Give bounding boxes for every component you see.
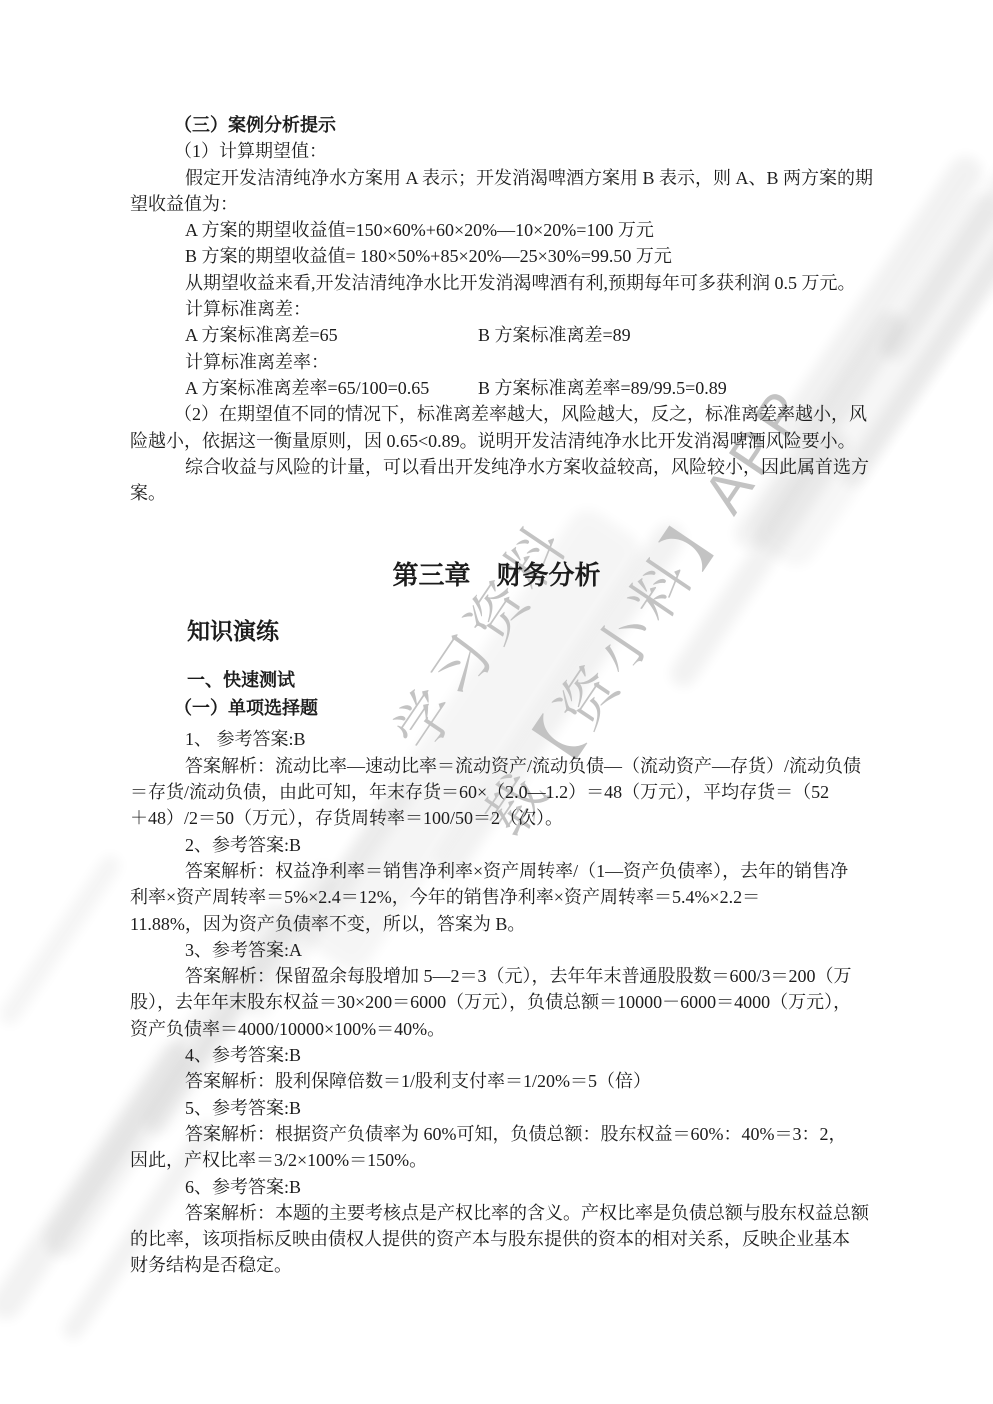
- text-line: 11.88%，因为资产负债率不变，所以，答案为 B。: [130, 911, 863, 937]
- text-line: 的比率，该项指标反映由债权人提供的资产本与股东提供的资本的相对关系，反映企业基本: [130, 1226, 863, 1252]
- text-line: 答案解析：股利保障倍数＝1/股利支付率＝1/20%＝5（倍）: [130, 1068, 863, 1094]
- text-line: ＝存货/流动负债，由此可知，年末存货＝60×（2.0—1.2）＝48（万元），平…: [130, 779, 863, 805]
- text-line: 答案解析：权益净利率＝销售净利率×资产周转率/（1—资产负债率），去年的销售净: [130, 858, 863, 884]
- text-line: （2）在期望值不同的情况下，标准离差率越大，风险越大，反之，标准离差率越小，风: [130, 401, 863, 427]
- text-line: 从期望收益来看,开发洁清纯净水比开发消渴啤酒有利,预期每年可多获利润 0.5 万…: [130, 270, 863, 296]
- watermark-streak: [0, 852, 124, 1029]
- text-line: 案。: [130, 480, 863, 506]
- knowledge-practice-heading: 知识演练: [130, 616, 863, 646]
- text-line: B 方案的期望收益值= 180×50%+85×20%—25×30%=99.50 …: [130, 243, 863, 269]
- text-line: 计算标准离差：: [130, 296, 863, 322]
- text-line: A 方案标准离差=65B 方案标准离差=89: [130, 322, 863, 348]
- text-line: 2、参考答案:B: [130, 832, 863, 858]
- text-line: 答案解析：根据资产负债率为 60%可知，负债总额：股东权益＝60%：40%＝3：…: [130, 1121, 863, 1147]
- text-line: 答案解析：本题的主要考核点是产权比率的含义。产权比率是负债总额与股东权益总额: [130, 1200, 863, 1226]
- text-line: 股），去年年末股东权益＝30×200＝6000（万元），负债总额＝10000－6…: [130, 989, 863, 1015]
- text-line: 财务结构是否稳定。: [130, 1252, 863, 1278]
- column-b-text: B 方案标准离差率=89/99.5=0.89: [478, 378, 727, 398]
- watermark-streak: [877, 135, 993, 365]
- document-content: （三）案例分析提示 （1）计算期望值：假定开发洁清纯净水方案用 A 表示；开发消…: [130, 112, 863, 1279]
- text-line: 3、参考答案:A: [130, 937, 863, 963]
- text-line: 4、参考答案:B: [130, 1042, 863, 1068]
- text-line: 假定开发洁清纯净水方案用 A 表示；开发消渴啤酒方案用 B 表示，则 A、B 两…: [130, 165, 863, 191]
- document-page: 学习资料 载【资小料】APP （三）案例分析提示 （1）计算期望值：假定开发洁清…: [0, 0, 993, 1404]
- text-line: 计算标准离差率：: [130, 349, 863, 375]
- case-analysis-section: （1）计算期望值：假定开发洁清纯净水方案用 A 表示；开发消渴啤酒方案用 B 表…: [130, 138, 863, 506]
- text-line: 5、参考答案:B: [130, 1095, 863, 1121]
- text-line: 答案解析：保留盈余每股增加 5—2＝3（元），去年年末普通股股数＝600/3＝2…: [130, 963, 863, 989]
- single-choice-heading: （一）单项选择题: [130, 696, 863, 720]
- text-line: A 方案的期望收益值=150×60%+60×20%—10×20%=100 万元: [130, 217, 863, 243]
- text-line: 因此，产权比率＝3/2×100%＝150%。: [130, 1147, 863, 1173]
- text-line: 望收益值为：: [130, 191, 863, 217]
- column-b-text: B 方案标准离差=89: [478, 325, 631, 345]
- text-line: （1）计算期望值：: [130, 138, 863, 164]
- column-a-text: A 方案标准离差=65: [185, 322, 478, 348]
- case-analysis-heading: （三）案例分析提示: [130, 112, 863, 138]
- text-line: 险越小，依据这一衡量原则，因 0.65<0.89。说明开发洁清纯净水比开发消渴啤…: [130, 428, 863, 454]
- text-line: 答案解析：流动比率—速动比率＝流动资产/流动负债—（流动资产—存货）/流动负债: [130, 753, 863, 779]
- text-line: 资产负债率＝4000/10000×100%＝40%。: [130, 1016, 863, 1042]
- column-a-text: A 方案标准离差率=65/100=0.65: [185, 375, 478, 401]
- text-line: ＋48）/2＝50（万元），存货周转率＝100/50＝2（次）。: [130, 805, 863, 831]
- text-line: A 方案标准离差率=65/100=0.65B 方案标准离差率=89/99.5=0…: [130, 375, 863, 401]
- answers-section: 1、 参考答案:B答案解析：流动比率—速动比率＝流动资产/流动负债—（流动资产—…: [130, 726, 863, 1278]
- chapter-title: 第三章 财务分析: [130, 558, 863, 592]
- text-line: 1、 参考答案:B: [130, 726, 863, 752]
- text-line: 利率×资产周转率＝5%×2.4＝12%，今年的销售净利率×资产周转率＝5.4%×…: [130, 884, 863, 910]
- text-line: 综合收益与风险的计量，可以看出开发纯净水方案收益较高，风险较小，因此属首选方: [130, 454, 863, 480]
- text-line: 6、参考答案:B: [130, 1174, 863, 1200]
- quick-test-heading: 一、快速测试: [130, 668, 863, 692]
